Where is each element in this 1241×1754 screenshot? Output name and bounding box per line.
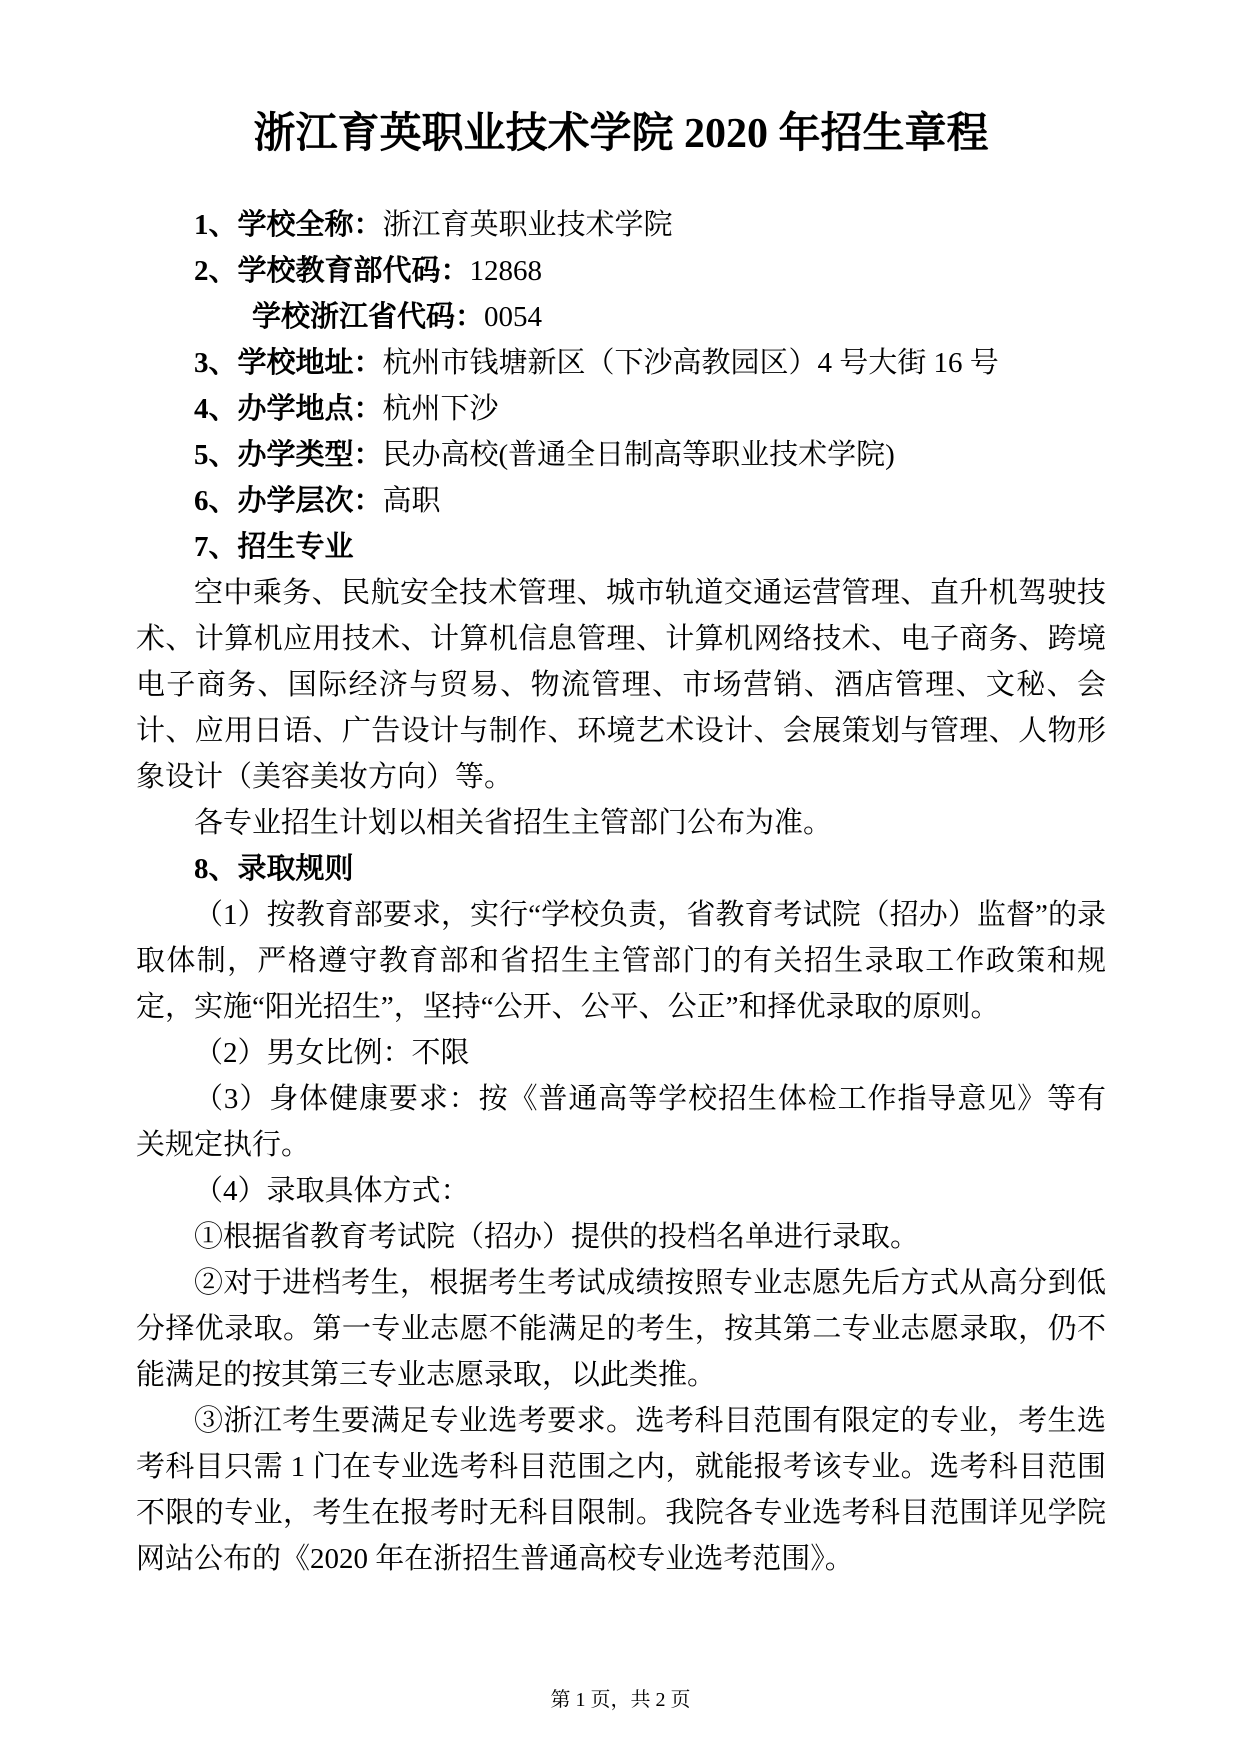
majors-paragraph: 空中乘务、民航安全技术管理、城市轨道交通运营管理、直升机驾驶技术、计算机应用技术… xyxy=(136,570,1106,800)
rule-paragraph-7: ③浙江考生要满足专业选考要求。选考科目范围有限定的专业，考生选考科目只需 1 门… xyxy=(136,1398,1106,1582)
item-school-name: 1、学校全称：浙江育英职业技术学院 xyxy=(136,202,1106,248)
item-address-label: 3、学校地址： xyxy=(194,347,383,379)
heading-enrollment-majors: 7、招生专业 xyxy=(136,524,1106,570)
rule-paragraph-1: （1）按教育部要求，实行“学校负责，省教育考试院（招办）监督”的录取体制，严格遵… xyxy=(136,892,1106,1030)
rule-paragraph-6: ②对于进档考生，根据考生考试成绩按照专业志愿先后方式从高分到低分择优录取。第一专… xyxy=(136,1260,1106,1398)
plan-note: 各专业招生计划以相关省招生主管部门公布为准。 xyxy=(136,800,1106,846)
item-school-name-label: 1、学校全称： xyxy=(194,209,383,241)
heading-admission-rules: 8、录取规则 xyxy=(136,846,1106,892)
item-school-type-value: 民办高校(普通全日制高等职业技术学院) xyxy=(383,439,895,471)
item-address: 3、学校地址：杭州市钱塘新区（下沙高教园区）4 号大街 16 号 xyxy=(136,340,1106,386)
page-footer: 第 1 页，共 2 页 xyxy=(0,1688,1241,1712)
rule-paragraph-2: （2）男女比例：不限 xyxy=(136,1030,1106,1076)
item-school-type: 5、办学类型：民办高校(普通全日制高等职业技术学院) xyxy=(136,432,1106,478)
document-page: 浙江育英职业技术学院 2020 年招生章程 1、学校全称：浙江育英职业技术学院 … xyxy=(0,0,1241,1754)
item-campus-location-value: 杭州下沙 xyxy=(383,393,499,425)
item-province-code: 学校浙江省代码：0054 xyxy=(136,294,1106,340)
item-education-level-label: 6、办学层次： xyxy=(194,485,383,517)
item-address-value: 杭州市钱塘新区（下沙高教园区）4 号大街 16 号 xyxy=(383,347,999,379)
item-moe-code-label: 2、学校教育部代码： xyxy=(194,255,470,287)
item-education-level: 6、办学层次：高职 xyxy=(136,478,1106,524)
rule-paragraph-5: ①根据省教育考试院（招办）提供的投档名单进行录取。 xyxy=(136,1214,1106,1260)
item-campus-location-label: 4、办学地点： xyxy=(194,393,383,425)
item-school-type-label: 5、办学类型： xyxy=(194,439,383,471)
rule-paragraph-4: （4）录取具体方式： xyxy=(136,1168,1106,1214)
item-moe-code: 2、学校教育部代码：12868 xyxy=(136,248,1106,294)
item-province-code-value: 0054 xyxy=(484,301,542,333)
item-education-level-value: 高职 xyxy=(383,485,441,517)
item-province-code-label: 学校浙江省代码： xyxy=(252,301,484,333)
rule-paragraph-3: （3）身体健康要求：按《普通高等学校招生体检工作指导意见》等有关规定执行。 xyxy=(136,1076,1106,1168)
item-moe-code-value: 12868 xyxy=(470,255,543,287)
document-title: 浙江育英职业技术学院 2020 年招生章程 xyxy=(136,104,1106,164)
item-school-name-value: 浙江育英职业技术学院 xyxy=(383,209,673,241)
item-campus-location: 4、办学地点：杭州下沙 xyxy=(136,386,1106,432)
